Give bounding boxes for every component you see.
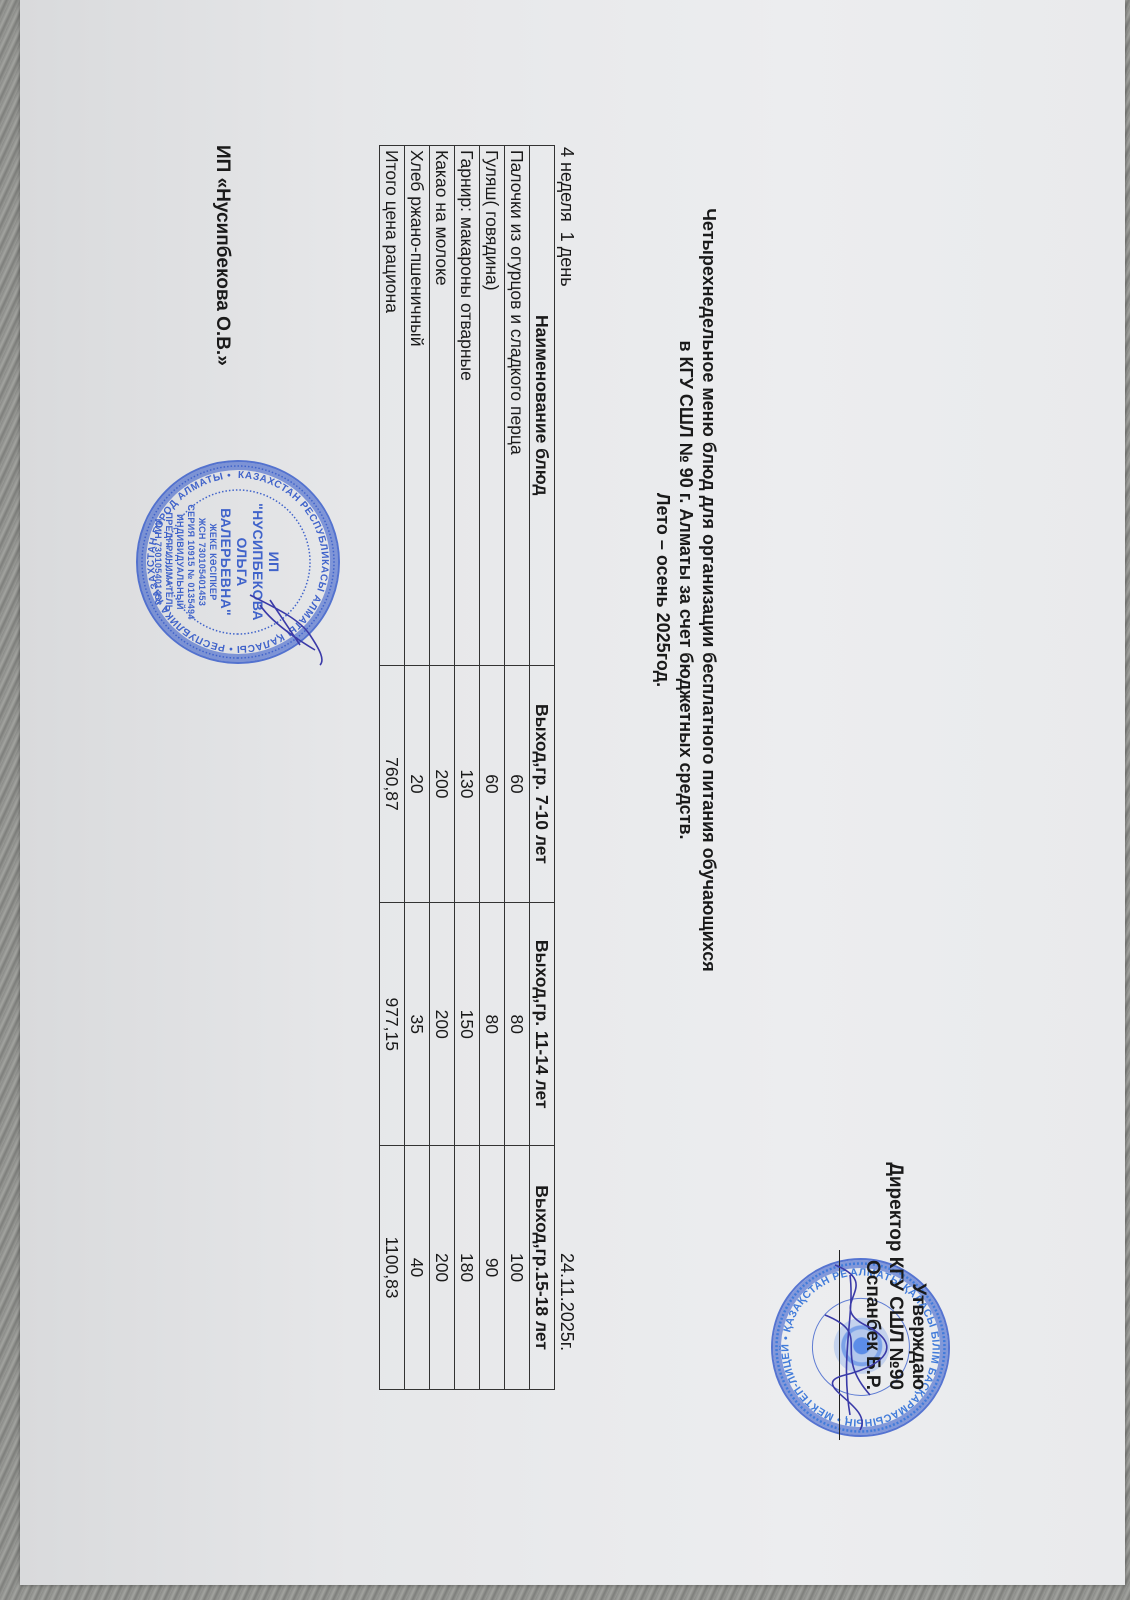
stamp-line: СЕРИЯ 10915 № 0135494 (185, 492, 196, 632)
total-price-15-18: 1100,83 (380, 1146, 405, 1390)
title-line-3: Лето – осень 2025год. (651, 0, 674, 1180)
table-row: Палочки из огурцов и сладкого перца 60 8… (505, 146, 530, 1390)
stamp-line: ИНДИВИДУАЛЬНЫЙ (174, 492, 185, 632)
table-row: Гуляш( говядина) 60 80 90 (480, 146, 505, 1390)
portion-11-14: 200 (430, 903, 455, 1146)
portion-15-18: 90 (480, 1146, 505, 1390)
portion-15-18: 100 (505, 1146, 530, 1390)
director-signature-icon (815, 1255, 895, 1455)
total-label: Итого цена рациона (380, 146, 405, 666)
table-row: Хлеб ржано-пшеничный 20 35 40 (405, 146, 430, 1390)
header-dish-name: Наименование блюд (530, 146, 555, 666)
supplier-signature-icon (240, 590, 330, 670)
supplier-name: ИП «Нусипбекова О.В.» (211, 145, 233, 366)
document-title: Четырехнедельное меню блюд для организац… (651, 0, 720, 1180)
stamp-line: ЖЕКЕ КӘСІПКЕР (207, 492, 218, 632)
total-price-11-14: 977,15 (380, 903, 405, 1146)
portion-7-10: 60 (480, 665, 505, 903)
header-portion-11-14: Выход,гр. 11-14 лет (530, 903, 555, 1146)
portion-11-14: 80 (480, 903, 505, 1146)
dish-name: Хлеб ржано-пшеничный (405, 146, 430, 666)
stamp-line: ПРЕДПРИНИМАТЕЛЬ (163, 492, 174, 632)
stamp-line: ЖСН 730105401453 (196, 492, 207, 632)
table-row: Какао на молоке 200 200 200 (430, 146, 455, 1390)
portion-15-18: 40 (405, 1146, 430, 1390)
title-line-2: в КГУ СШЛ № 90 г. Алматы за счет бюджетн… (674, 0, 697, 1180)
portion-15-18: 200 (430, 1146, 455, 1390)
dish-name: Палочки из огурцов и сладкого перца (505, 146, 530, 666)
portion-11-14: 35 (405, 903, 430, 1146)
document-date: 24.11.2025г. (556, 1253, 577, 1351)
menu-table: Наименование блюд Выход,гр. 7-10 лет Вых… (379, 145, 555, 1390)
dish-name: Гарнир: макароны отварные (455, 146, 480, 666)
table-header-row: Наименование блюд Выход,гр. 7-10 лет Вых… (530, 146, 555, 1390)
total-price-7-10: 760,87 (380, 665, 405, 903)
portion-11-14: 150 (455, 903, 480, 1146)
header-portion-15-18: Выход,гр.15-18 лет (530, 1146, 555, 1390)
portion-7-10: 20 (405, 665, 430, 903)
portion-11-14: 80 (505, 903, 530, 1146)
approval-label: Утверждаю (907, 1162, 930, 1390)
document-page: Утверждаю Директор КГУ СШЛ №90 Оспанбек … (0, 0, 1130, 1600)
portion-15-18: 180 (455, 1146, 480, 1390)
portion-7-10: 60 (505, 665, 530, 903)
portion-7-10: 130 (455, 665, 480, 903)
header-portion-7-10: Выход,гр. 7-10 лет (530, 665, 555, 903)
title-line-1: Четырехнедельное меню блюд для организац… (697, 0, 720, 1180)
stamp-line: ИИН 730105401453 (152, 492, 163, 632)
table-row: Гарнир: макароны отварные 130 150 180 (455, 146, 480, 1390)
table-total-row: Итого цена рациона 760,87 977,15 1100,83 (380, 146, 405, 1390)
dish-name: Какао на молоке (430, 146, 455, 666)
week-day-label: 4 неделя 1 день (556, 147, 577, 287)
dish-name: Гуляш( говядина) (480, 146, 505, 666)
portion-7-10: 200 (430, 665, 455, 903)
